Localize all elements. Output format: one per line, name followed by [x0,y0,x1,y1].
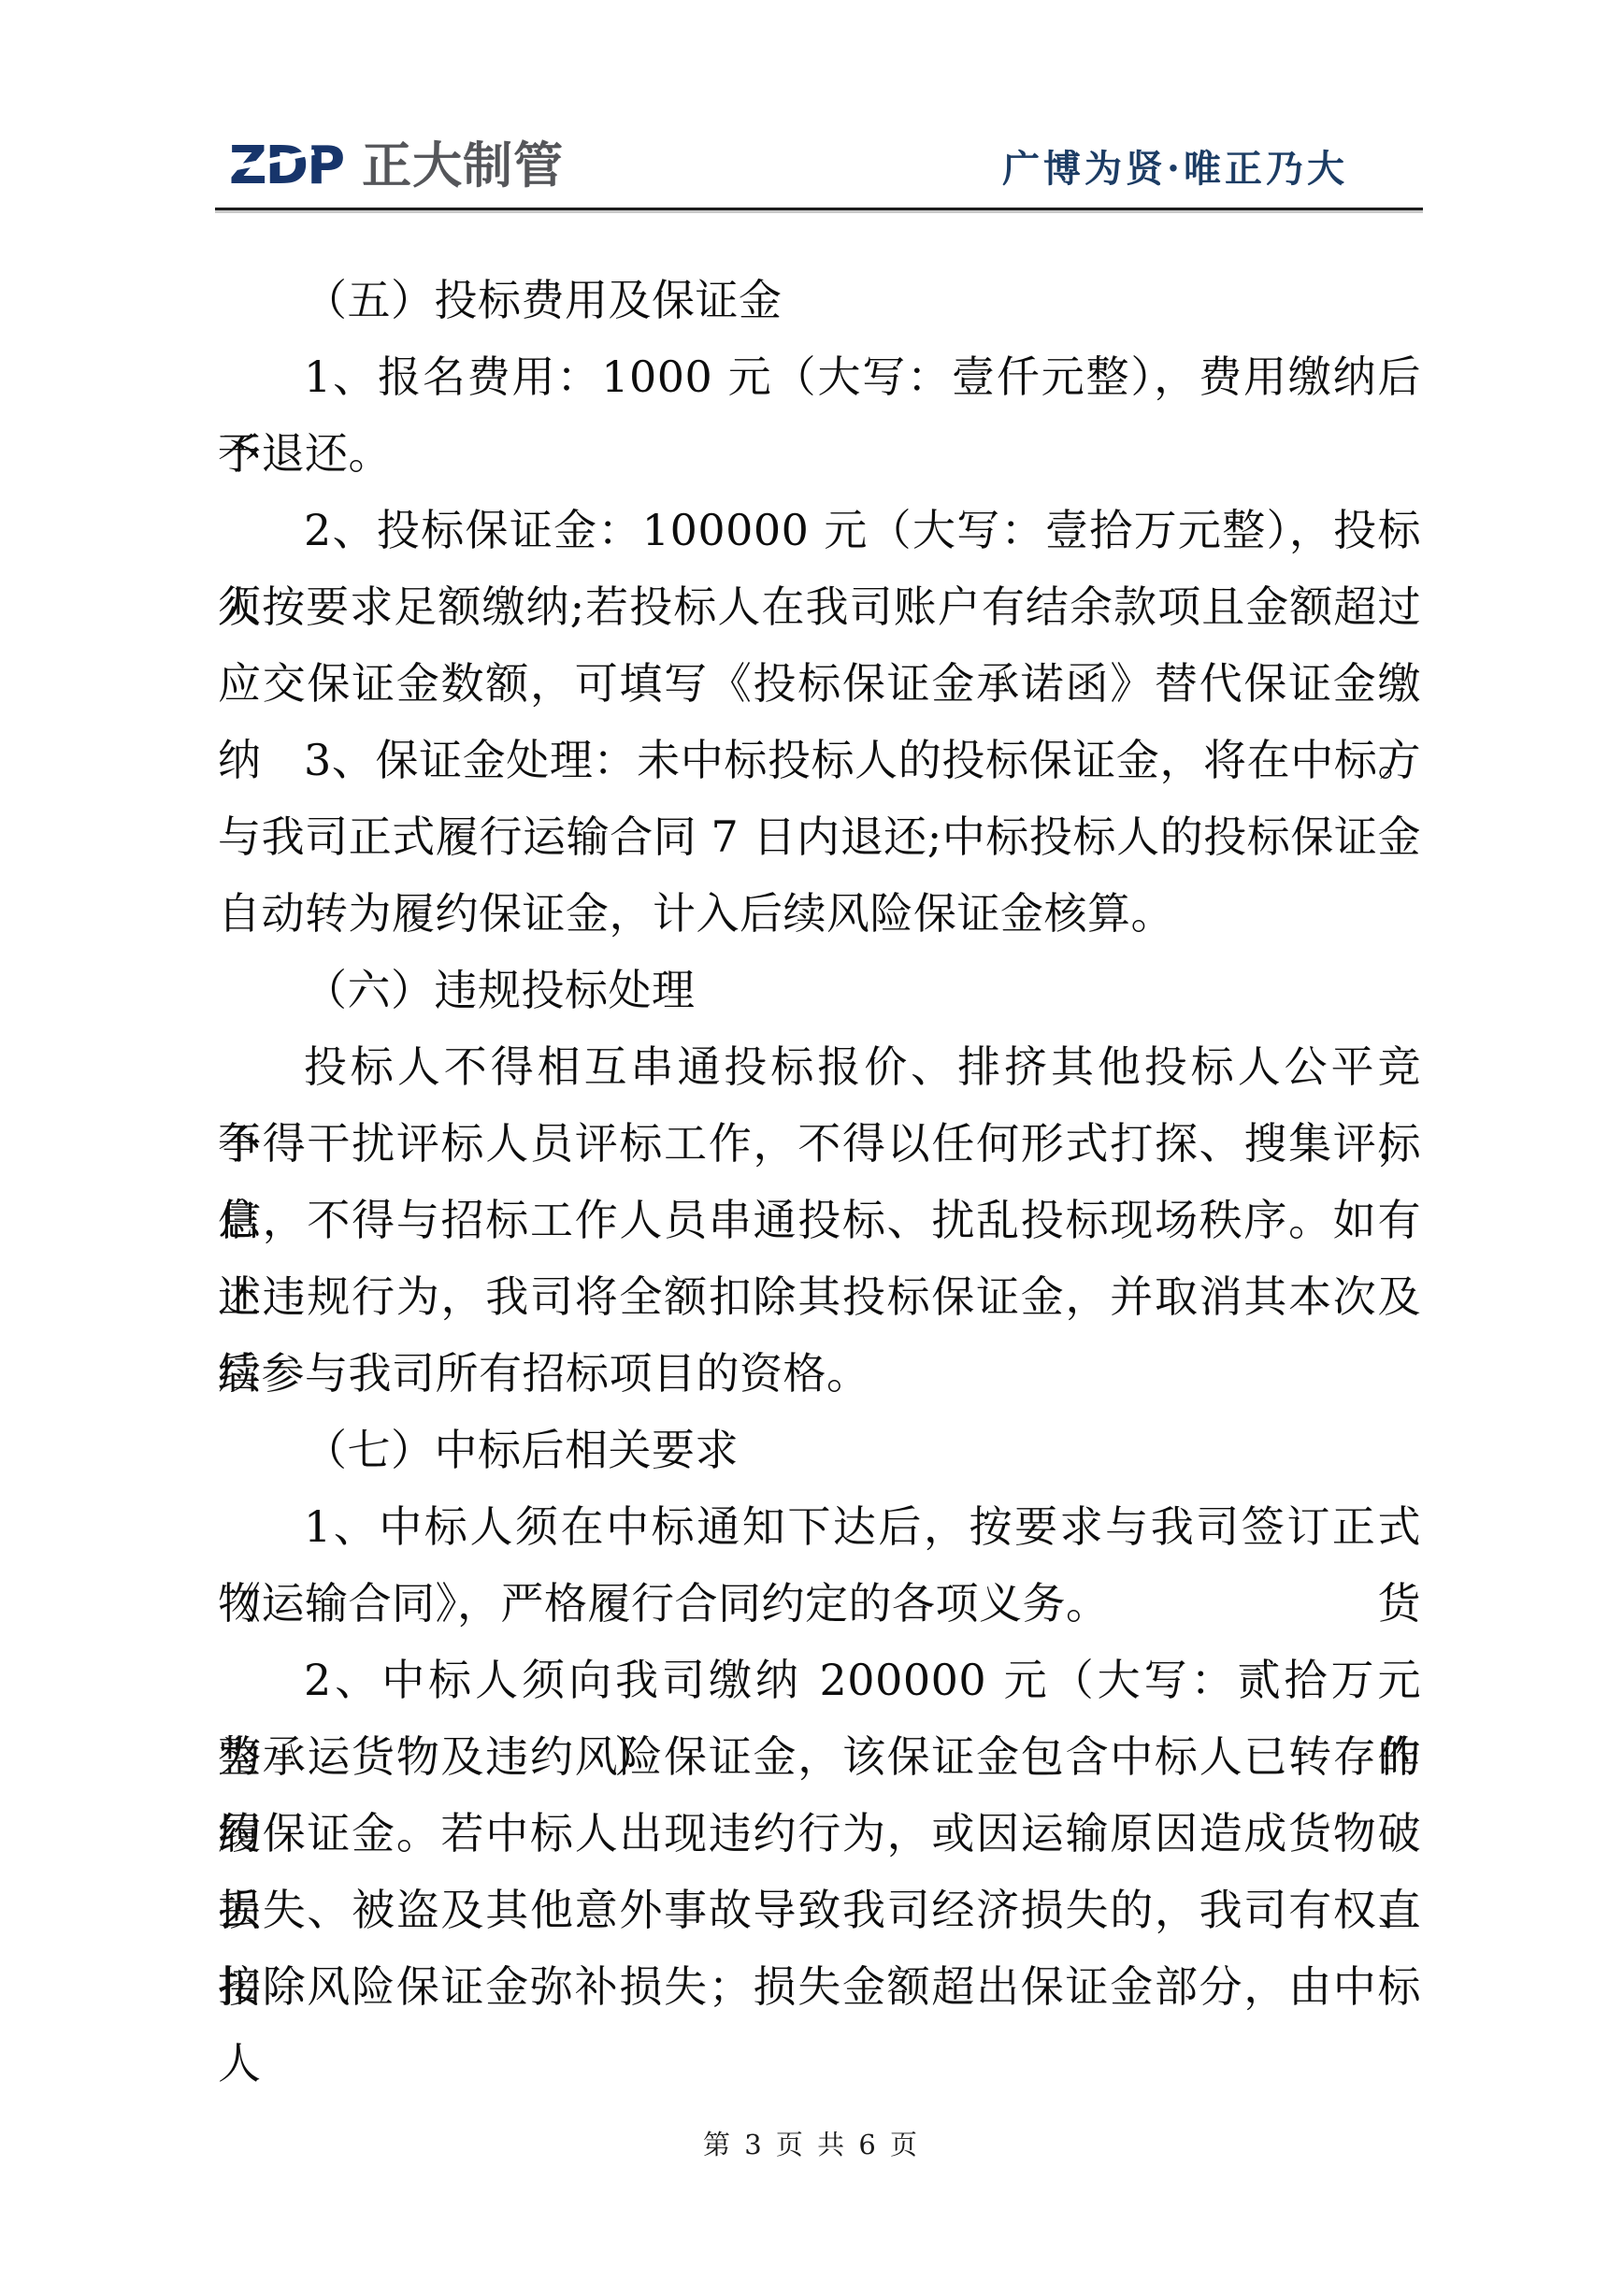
text-line: 不得干扰评标人员评标工作，不得以任何形式打探、搜集评标信 [218,1105,1421,1182]
text-line: 述违规行为，我司将全额扣除其投标保证金，并取消其本次及后 [218,1258,1421,1335]
text-line: 2、中标人须向我司缴纳 200000 元（大写：贰拾万元整） 作 [218,1642,1421,1718]
text-line: 1、报名费用：1000 元（大写：壹仟元整），费用缴纳后不 [218,338,1421,415]
text-line: 1、中标人须在中标通知下达后，按要求与我司签订正式《货 [218,1488,1421,1565]
text-line: （七）中标后相关要求 [218,1412,1421,1488]
text-line: 约保证金。若中标人出现违约行为，或因运输原因造成货物破损、 [218,1795,1421,1872]
text-line: 自动转为履约保证金，计入后续风险保证金核算。 [218,875,1421,952]
text-line: （五）投标费用及保证金 [218,262,1421,338]
text-line: 息，不得与招标工作人员串通投标、扰乱投标现场秩序。如有上 [218,1182,1421,1258]
text-line: 投标人不得相互串通投标报价、排挤其他投标人公平竞争， [218,1028,1421,1105]
document-body: （五）投标费用及保证金1、报名费用：1000 元（大写：壹仟元整），费用缴纳后不… [218,262,1421,2025]
company-slogan: 广博为贤·唯正乃大 [1002,148,1348,191]
header-divider [215,208,1423,210]
text-line: 为承运货物及违约风险保证金，该保证金包含中标人已转存的履 [218,1718,1421,1795]
text-line: 扣除风险保证金弥补损失；损失金额超出保证金部分，由中标人 [218,1948,1421,2025]
logo-company-name: 正大制管 [362,140,564,193]
page-footer: 第 3 页 共 6 页 [0,2124,1623,2162]
text-line: 3、保证金处理：未中标投标人的投标保证金，将在中标方 [218,722,1421,798]
page-number: 第 3 页 共 6 页 [703,2129,920,2160]
text-line: 与我司正式履行运输合同 7 日内退还;中标投标人的投标保证金 [218,798,1421,875]
text-line: 丢失、被盗及其他意外事故导致我司经济损失的，我司有权直接 [218,1872,1421,1948]
text-line: （六）违规投标处理 [218,952,1421,1028]
text-line: 续参与我司所有招标项目的资格。 [218,1335,1421,1412]
text-line: 须按要求足额缴纳;若投标人在我司账户有结余款项且金额超过 [218,568,1421,645]
document-page: ZDP 正大制管 广博为贤·唯正乃大 （五）投标费用及保证金1、报名费用：100… [0,0,1623,2296]
text-line: 应交保证金数额，可填写《投标保证金承诺函》替代保证金缴纳。 [218,645,1421,722]
logo-zdp-text: ZDP [229,140,343,193]
text-line: 予退还。 [218,415,1421,492]
company-logo: ZDP 正大制管 [229,138,564,194]
text-line: 2、投标保证金：100000 元（大写：壹拾万元整），投标人 [218,492,1421,568]
